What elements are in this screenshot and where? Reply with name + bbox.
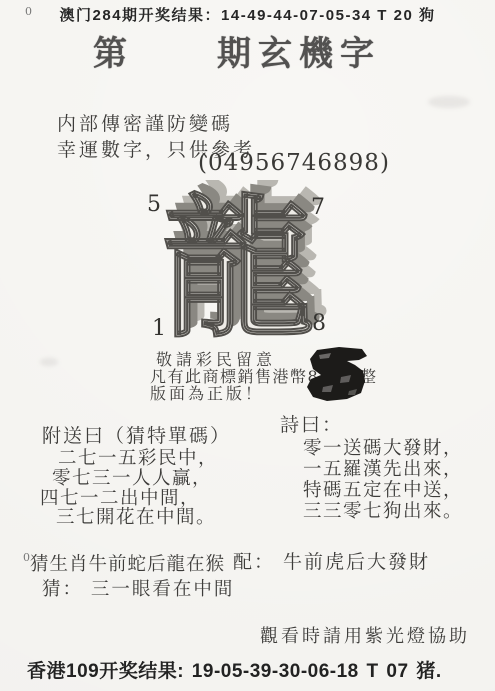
inner-notice-line1: 内部傳密謹防變碼 <box>57 109 233 136</box>
corner-number-bottom-left: 1 <box>152 316 166 341</box>
poem-title: 詩曰： <box>280 410 343 437</box>
zodiac-guess-text: 猜生肖牛前蛇后龍在猴 <box>30 554 225 575</box>
lottery-tip-sheet: 0 澳门284期开奖结果：14-49-44-07-05-34 T 20 狗 第 … <box>0 0 495 691</box>
bonus-poem-line-4: 三七開花在中間。 <box>56 503 216 529</box>
title-mystery-character: 期玄機字 <box>217 26 381 75</box>
corner-number-top-right: 7 <box>311 195 325 220</box>
hk-result-line: 香港109开奖结果: 19-05-39-30-06-18 T 07 猪. <box>27 656 442 683</box>
trademark-ink-stamp <box>305 347 369 402</box>
trademark-notice-line3: 版面為正版！ <box>150 381 264 404</box>
scan-smudge <box>40 358 58 366</box>
zodiac-guess-line: 猜生肖牛前蛇后龍在猴配： 牛前虎后大發財 <box>30 549 430 576</box>
poem-line-4: 三三零七狗出來。 <box>303 497 463 523</box>
corner-number-bottom-right: 8 <box>312 311 326 336</box>
macau-result-line: 澳门284期开奖结果：14-49-44-07-05-34 T 20 狗 <box>0 4 495 25</box>
title-issue-prefix: 第 <box>93 26 127 75</box>
ink-stamp-icon <box>305 347 369 402</box>
scan-smudge <box>428 96 470 108</box>
corner-mark-zodiac: 0 <box>23 551 30 564</box>
uv-light-tip: 觀看時請用紫光燈協助 <box>260 622 470 648</box>
dragon-glyph-front: 龍 <box>162 180 314 352</box>
zodiac-second-guess: 猜： 三一眼看在中間 <box>42 575 234 601</box>
lucky-number: (04956746898) <box>198 150 390 176</box>
corner-number-top-left: 5 <box>147 192 161 217</box>
zodiac-pair-text: 配： 牛前虎后大發財 <box>233 551 430 573</box>
